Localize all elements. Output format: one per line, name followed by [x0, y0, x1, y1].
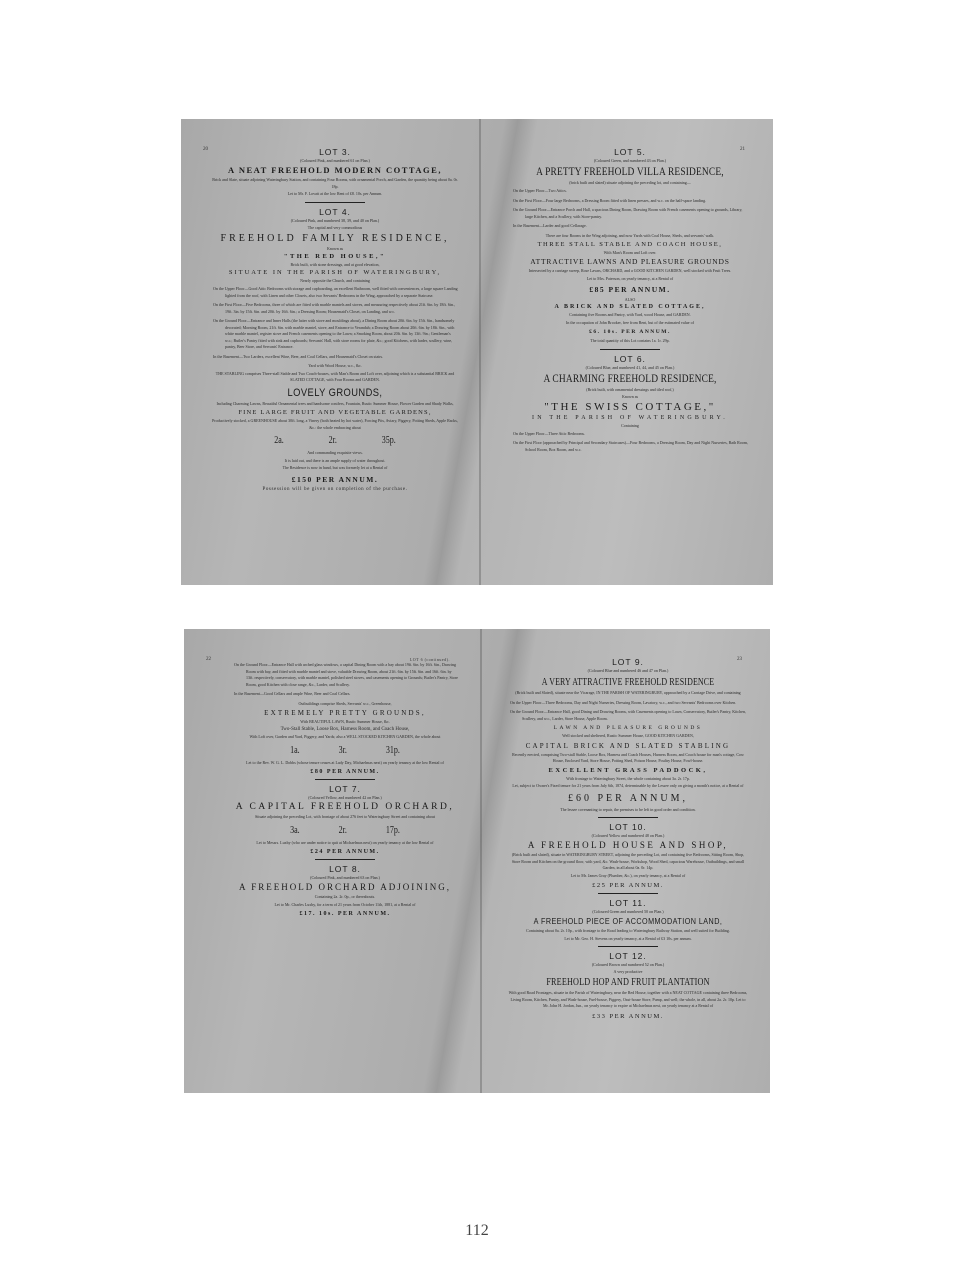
stable-desc: With Loft over, Garden and Yard, Piggery… [232, 734, 458, 741]
yard: Yard with Wood House, w.c., &c. [211, 363, 459, 370]
room-desc: In the Basement—Two Larders, excellent W… [211, 354, 459, 361]
lot-paren: (Coloured Yellow and numbered 48 on Plan… [508, 833, 748, 838]
page-num: 21 [740, 147, 745, 152]
rent: £17. 10s. PER ANNUM. [232, 911, 458, 917]
divider [600, 349, 660, 350]
room-desc: On the Upper Floor—Good Attic Bedrooms w… [211, 286, 459, 299]
lot-paren: (Coloured Blue and numbered 46 and 47 on… [508, 668, 748, 673]
stable-sub: With Man's Room and Loft over. [511, 250, 749, 255]
divider [598, 946, 658, 947]
lot-title: A NEAT FREEHOLD MODERN COTTAGE, [211, 165, 459, 175]
page-left: 20 LOT 3. (Coloured Pink, and numbered 6… [181, 119, 479, 585]
divider [315, 859, 375, 860]
paddock-desc: With frontage to Wateringbury Street, th… [508, 776, 748, 783]
built: (brick built and slated) situate adjoini… [511, 180, 749, 185]
grounds-heading: EXTREMELY PRETTY GROUNDS, [232, 709, 458, 717]
acres: 1a. [290, 745, 300, 756]
containing: Containing [511, 423, 749, 428]
lot-desc: (Brick built and slated), situate in WAT… [508, 852, 748, 872]
grounds-sub: With BEAUTIFUL LAWN, Rustic Summer House… [232, 719, 458, 726]
lot-heading: LOT 7. [232, 784, 458, 794]
lot-title: FREEHOLD HOP AND FRUIT PLANTATION [534, 977, 721, 988]
possession: Possession will be given on completion o… [211, 487, 459, 494]
roods: 3r. [339, 745, 347, 756]
house-name: "THE SWISS COTTAGE," [511, 401, 749, 413]
stabling-desc: Recently erected, comprising Two-stall S… [508, 752, 748, 765]
page-num: 22 [206, 657, 211, 662]
page-num: 20 [203, 147, 208, 152]
also: ALSO [511, 297, 749, 302]
lot-desc: With good Road Frontages, situate in the… [508, 990, 748, 1010]
paddock-heading: EXCELLENT GRASS PADDOCK, [508, 767, 748, 774]
lot-intro: The capital and very commodious [211, 225, 459, 232]
acres: 2a. [274, 435, 284, 446]
let: Let to Mr. Geo. H. Stevens on yearly ten… [508, 936, 748, 943]
acreage: 1a. 3r. 31p. [271, 745, 420, 756]
near: Nearly opposite the Church, and containi… [211, 278, 459, 283]
known-as: Known as [211, 246, 459, 251]
gardens-desc: Productively stocked, a GREENHOUSE about… [211, 418, 459, 431]
let: Let to the Rev. W. G. L. Dobbs (whose te… [232, 760, 458, 767]
lot-title: A FREEHOLD HOUSE AND SHOP, [508, 840, 748, 850]
lot-paren: (Coloured Pink, and numbered 61 on Plan.… [211, 158, 459, 163]
outbuildings: Outbuildings comprise Sheds, Servants' w… [232, 701, 458, 708]
page-right: 21 LOT 5. (Coloured Green, and numbered … [481, 119, 773, 585]
room-desc: On the Ground Floor—Entrance Porch and H… [511, 207, 749, 220]
rent-note: The Residence is now in hand, but was fo… [211, 465, 459, 472]
let: Let, subject to Owner's Fixed tenure for… [508, 783, 748, 790]
room-desc: On the Upper Floor—Three Bedrooms, Day a… [508, 700, 748, 707]
let: Let to Mrs. Paterson, on yearly tenancy,… [511, 276, 749, 283]
page-num: 23 [737, 657, 742, 662]
lot-paren: (Coloured Green, and numbered 43 on Plan… [511, 158, 749, 163]
lot-paren: (Coloured Pink, and numbered 38, 39, and… [211, 218, 459, 223]
acres: 3a. [290, 825, 300, 836]
room-desc: On the Ground Floor—Entrance and Inner H… [211, 318, 459, 351]
stable-heading: THREE STALL STABLE AND COACH HOUSE, [511, 241, 749, 248]
roods: 2r. [339, 825, 347, 836]
water: It is laid out, and there is an ample su… [211, 458, 459, 465]
room-desc: In the Basement—Larder and good Cellarag… [511, 223, 749, 230]
room-desc: On the First Floor—Four large Bedrooms, … [511, 198, 749, 205]
page-left: 22 LOT 6 (continued). On the Ground Floo… [184, 629, 480, 1093]
lot-title: A FREEHOLD PIECE OF ACCOMMODATION LAND, [520, 917, 736, 926]
room-desc: On the Ground Floor—Entrance Hall, good … [508, 709, 748, 722]
lawn-desc: Well stocked and sheltered, Rustic Summe… [508, 733, 748, 740]
built: (Brick built and Slated), situate near t… [508, 690, 748, 697]
perches: 35p. [382, 435, 396, 446]
scan-spread-bottom: 22 LOT 6 (continued). On the Ground Floo… [184, 629, 770, 1093]
rent: £150 PER ANNUM. [211, 475, 459, 484]
known-as: Known as [511, 394, 749, 399]
occupation: In the occupation of John Brooker, free … [511, 320, 749, 327]
lawns-desc: Intersected by a carriage sweep, Rose La… [511, 268, 749, 275]
page-right: 23 LOT 9. (Coloured Blue and numbered 46… [482, 629, 770, 1093]
lot-heading: LOT 8. [232, 864, 458, 874]
lot-heading: LOT 4. [211, 207, 459, 217]
total: The total quantity of this Lot contains … [511, 338, 749, 345]
gardens-heading: FINE LARGE FRUIT AND VEGETABLE GARDENS, [211, 409, 459, 416]
room-desc: On the First Floor (approached by Princi… [511, 440, 749, 453]
grounds-desc: Including Charming Lawns, Beautiful Orna… [211, 401, 459, 408]
room-desc: On the Upper Floor—Three Attic Bedrooms. [511, 431, 749, 438]
rent: £85 PER ANNUM. [511, 285, 749, 294]
stable: Two-Stall Stable, Loose Box, Harness Roo… [232, 727, 458, 734]
lawn-heading: LAWN AND PLEASURE GROUNDS [508, 725, 748, 731]
rent: £24 PER ANNUM. [232, 849, 458, 855]
room-desc: On the First Floor—Five Bedrooms, three … [211, 302, 459, 315]
cottage-desc: Containing five Rooms and Pantry, with Y… [511, 312, 749, 319]
divider [305, 202, 365, 203]
built: (Brick built, with ornamental dressings … [511, 387, 749, 392]
lot-paren: (Coloured Pink, and numbered 63 on Plan.… [232, 875, 458, 880]
lot-heading: LOT 6. [511, 354, 749, 364]
roods: 2r. [329, 435, 337, 446]
lot-paren: (Coloured Green and numbered 50 on Plan.… [508, 909, 748, 914]
lot-title: A FREEHOLD ORCHARD ADJOINING, [232, 882, 458, 892]
scan-spread-top: 20 LOT 3. (Coloured Pink, and numbered 6… [181, 119, 773, 585]
lot-desc: Situate adjoining the preceding Lot, wit… [232, 814, 458, 821]
lot-let: Let to Mr. F. Lovatt at the low Rent of … [211, 191, 459, 198]
perches: 31p. [386, 745, 400, 756]
lot-heading: LOT 10. [508, 822, 748, 832]
built: Brick built, with stone dressings, and a… [211, 262, 459, 267]
room-desc: In the Basement—Good Cellars and ample W… [232, 691, 458, 698]
containing: Containing 2a. 2r. 0p., or thereabouts. [232, 894, 458, 901]
divider [598, 893, 658, 894]
cottage-rent: £6. 10s. PER ANNUM. [511, 329, 749, 335]
situate: SITUATE IN THE PARISH OF WATERINGBURY, [211, 269, 459, 276]
running-head: LOT 6 (continued). [410, 657, 450, 662]
lot-paren: (Coloured Yellow, and numbered 42 on Pla… [232, 795, 458, 800]
grounds-heading: LOVELY GROUNDS, [230, 387, 441, 399]
lot-title: A PRETTY FREEHOLD VILLA RESIDENCE, [532, 166, 727, 178]
lawns-heading: ATTRACTIVE LAWNS AND PLEASURE GROUNDS [511, 257, 749, 266]
lot-heading: LOT 3. [211, 147, 459, 157]
house-name: "THE RED HOUSE," [211, 253, 459, 260]
acreage: 3a. 2r. 17p. [271, 825, 420, 836]
wing: There are four Rooms in the Wing adjoini… [511, 233, 749, 240]
let: Let to Mr. James Gray (Plumber, &c.), on… [508, 873, 748, 880]
lot-title: A CAPITAL FREEHOLD ORCHARD, [232, 802, 458, 812]
room-desc: On the Ground Floor—Entrance Hall with a… [232, 662, 458, 688]
note: The lessee covenanting to repair, the pr… [508, 807, 748, 814]
acreage: 2a. 2r. 35p. [252, 435, 418, 446]
lot-heading: LOT 5. [511, 147, 749, 157]
views: And commanding exquisite views. [211, 450, 459, 457]
rent: £33 PER ANNUM. [508, 1013, 748, 1020]
stabling: THE STABLING comprises Three-stall Stabl… [211, 371, 459, 384]
room-desc: On the Upper Floor—Two Attics. [511, 188, 749, 195]
stabling-heading: CAPITAL BRICK AND SLATED STABLING [508, 742, 748, 750]
rent: £25 PER ANNUM. [508, 882, 748, 889]
divider [598, 817, 658, 818]
lot-heading: LOT 9. [508, 657, 748, 667]
rent: £80 PER ANNUM. [232, 769, 458, 775]
divider [315, 779, 375, 780]
lot-paren: (Coloured Brown and numbered 52 on Plan.… [508, 962, 748, 967]
lot-heading: LOT 12. [508, 951, 748, 961]
lot-desc: Containing about 0a. 2r. 10p., with fron… [508, 928, 748, 935]
page-number: 112 [0, 1222, 954, 1240]
let: Let to Mr. Charles Luxby, for a term of … [232, 902, 458, 909]
lot-title: A CHARMING FREEHOLD RESIDENCE, [532, 373, 727, 385]
perches: 17p. [386, 825, 400, 836]
cottage-heading: A BRICK AND SLATED COTTAGE, [511, 304, 749, 310]
lot-title: A VERY ATTRACTIVE FREEHOLD RESIDENCE [542, 676, 715, 688]
lot-desc: Brick and Slate, situate adjoining Water… [211, 177, 459, 190]
lot-paren: (Coloured Blue, and numbered 41, 44, and… [511, 365, 749, 370]
rent: £60 PER ANNUM, [508, 793, 748, 804]
lot-intro: A very productive [508, 969, 748, 974]
parish: IN THE PARISH OF WATERINGBURY. [511, 415, 749, 421]
lot-heading: LOT 11. [508, 898, 748, 908]
lot-title: FREEHOLD FAMILY RESIDENCE, [211, 233, 459, 244]
let: Let to Messrs. Luxby (who are under noti… [232, 840, 458, 847]
